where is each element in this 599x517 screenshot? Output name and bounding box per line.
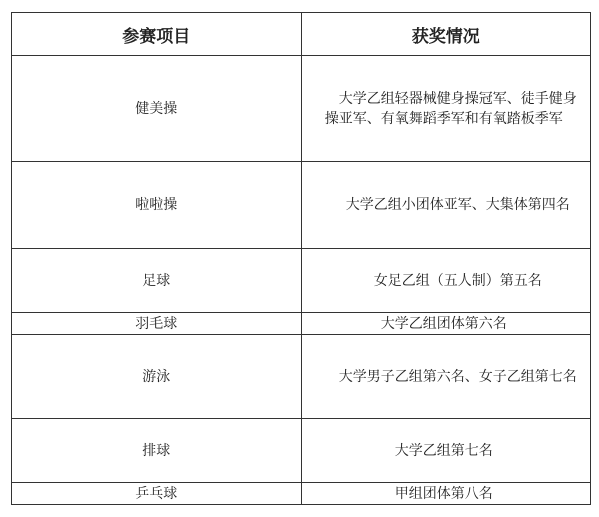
table-row: 健美操 大学乙组轻器械健身操冠军、徒手健身操亚军、有氧舞蹈季军和有氧踏板季军	[12, 56, 591, 162]
result-cell: 大学乙组团体第六名	[301, 313, 591, 335]
result-cell: 女足乙组（五人制）第五名	[301, 249, 591, 313]
table-row: 乒乓球 甲组团体第八名	[12, 483, 591, 505]
event-cell: 健美操	[12, 56, 302, 162]
result-cell: 大学乙组小团体亚军、大集体第四名	[301, 162, 591, 249]
table-row: 羽毛球 大学乙组团体第六名	[12, 313, 591, 335]
result-cell: 大学乙组轻器械健身操冠军、徒手健身操亚军、有氧舞蹈季军和有氧踏板季军	[301, 56, 591, 162]
result-cell: 大学乙组第七名	[301, 419, 591, 483]
event-cell: 足球	[12, 249, 302, 313]
event-cell: 羽毛球	[12, 313, 302, 335]
table-row: 游泳 大学男子乙组第六名、女子乙组第七名	[12, 335, 591, 419]
table-header-row: 参赛项目 获奖情况	[12, 13, 591, 56]
event-cell: 游泳	[12, 335, 302, 419]
table-row: 排球 大学乙组第七名	[12, 419, 591, 483]
result-cell: 甲组团体第八名	[301, 483, 591, 505]
result-text: 大学乙组轻器械健身操冠军、徒手健身操亚军、有氧舞蹈季军和有氧踏板季军	[306, 89, 583, 129]
header-result: 获奖情况	[301, 13, 591, 56]
event-cell: 啦啦操	[12, 162, 302, 249]
event-cell: 排球	[12, 419, 302, 483]
awards-table: 参赛项目 获奖情况 健美操 大学乙组轻器械健身操冠军、徒手健身操亚军、有氧舞蹈季…	[11, 12, 591, 505]
table-row: 啦啦操 大学乙组小团体亚军、大集体第四名	[12, 162, 591, 249]
header-event: 参赛项目	[12, 13, 302, 56]
result-cell: 大学男子乙组第六名、女子乙组第七名	[301, 335, 591, 419]
event-cell: 乒乓球	[12, 483, 302, 505]
table-row: 足球 女足乙组（五人制）第五名	[12, 249, 591, 313]
